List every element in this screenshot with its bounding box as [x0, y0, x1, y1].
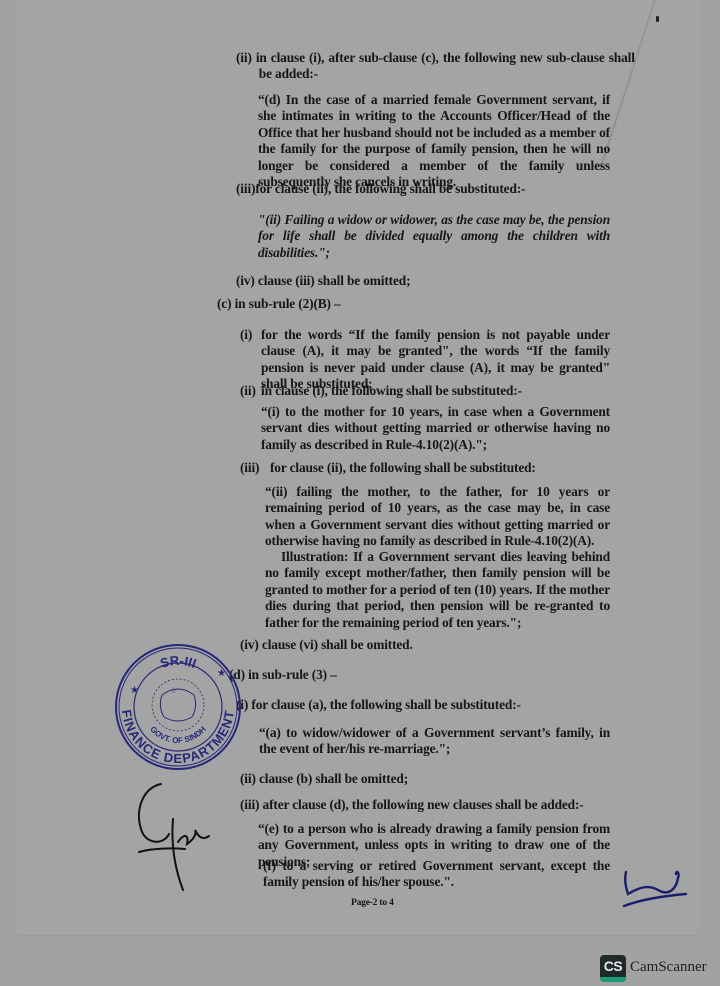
c-ii-text: in clause (i), the following shall be su… [261, 383, 522, 399]
subclause-d-quote: “(d) In the case of a married female Gov… [258, 92, 610, 190]
stamp-top-text: SR-III [158, 653, 198, 671]
page-mark [656, 16, 659, 22]
illustration-paragraph: Illustration: If a Government servant di… [265, 549, 610, 631]
clause-ii-quote: "(ii) Failing a widow or widower, as the… [258, 212, 610, 261]
d-i-heading: (i) for clause (a), the following shall … [236, 697, 521, 713]
stamp-inner-text: GOVT. OF SINDH [148, 725, 208, 746]
clause-f-quote: (f) to a serving or retired Government s… [263, 858, 610, 891]
stamp-star-right: ★ [217, 668, 226, 679]
c-iii-label: (iii) [240, 460, 259, 476]
d-i-quote: “(a) to widow/widower of a Government se… [259, 725, 610, 758]
clause-iii-heading: (iii)for clause (ii), the following shal… [236, 181, 525, 197]
stamp-emblem-star: ☆ [170, 686, 177, 695]
sub-rule-3-heading: (d) in sub-rule (3) – [229, 667, 337, 683]
clause-iv-heading: (iv) clause (iii) shall be omitted; [236, 273, 410, 289]
c-iii-text: for clause (ii), the following shall be … [270, 460, 536, 476]
stamp-star-left: ★ [130, 685, 139, 696]
camscanner-watermark: CamScanner [630, 959, 707, 976]
c-ii-quote: “(i) to the mother for 10 years, in case… [261, 404, 610, 453]
signature-left [133, 774, 233, 894]
d-iii-heading: (iii) after clause (d), the following ne… [240, 797, 584, 813]
signature-right [618, 866, 690, 914]
c-i-label: (i) [240, 327, 252, 343]
clause-ii-heading: (ii) in clause (i), after sub-clause (c)… [236, 50, 635, 83]
c-ii-label: (ii) [240, 383, 256, 399]
d-ii-heading: (ii) clause (b) shall be omitted; [240, 771, 408, 787]
illustration-label: Illustration: [281, 549, 348, 564]
sub-rule-2b-heading: (c) in sub-rule (2)(B) – [217, 296, 341, 312]
c-iii-quote: “(ii) failing the mother, to the father,… [265, 484, 610, 550]
finance-department-stamp: SR-III FINANCE DEPARTMENT GOVT. OF SINDH… [114, 643, 242, 771]
c-iv-heading: (iv) clause (vi) shall be omitted. [240, 637, 413, 653]
page-number: Page-2 to 4 [351, 898, 394, 908]
camscanner-logo-icon: CS [600, 955, 626, 982]
